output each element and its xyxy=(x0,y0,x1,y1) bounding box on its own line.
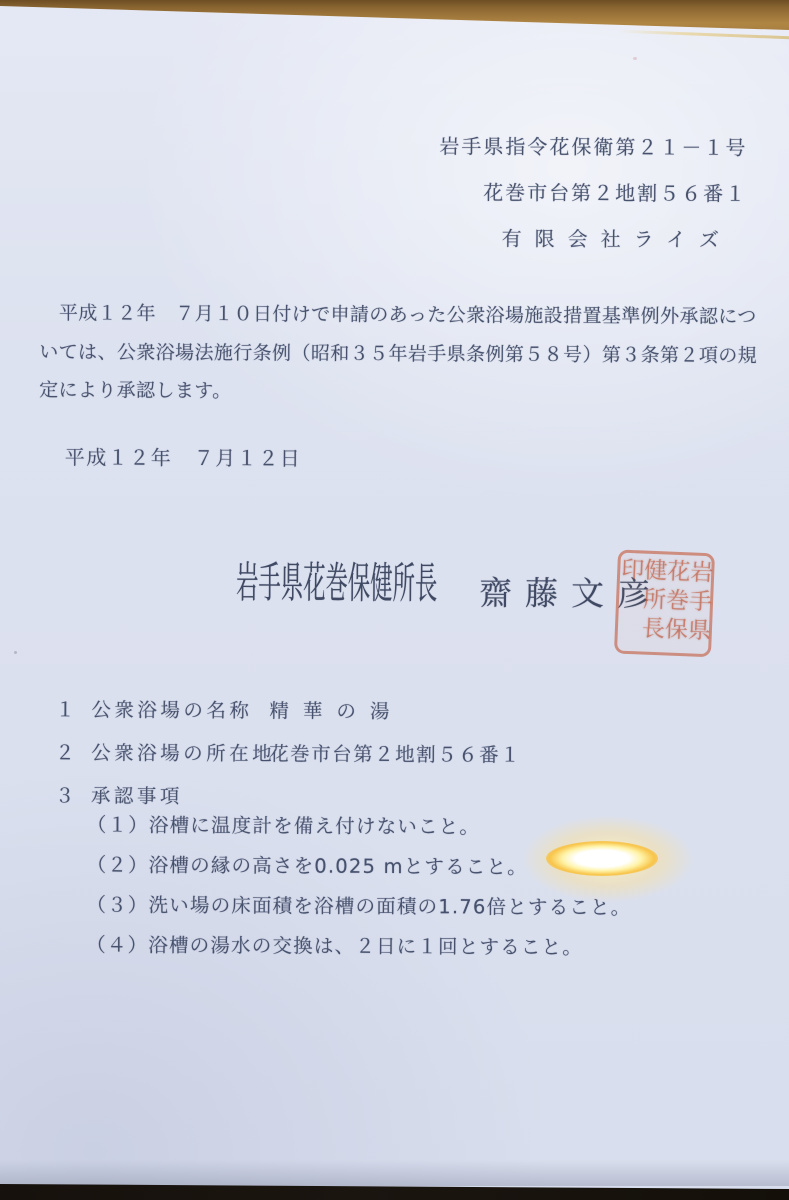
document-paper: 岩手県指令花保衛第２１－１号 花巻市台第２地割５６番１ 有限会社ライズ 平成１２… xyxy=(0,0,789,1200)
bottom-shadow xyxy=(0,1160,789,1186)
dust-speck xyxy=(633,57,637,60)
official-red-seal: 岩手県花巻保健所長印 xyxy=(614,550,715,658)
item-number: ３ xyxy=(55,780,91,808)
directive-number-line: 岩手県指令花保衛第２１－１号 xyxy=(439,134,747,182)
seal-inscription: 岩手県花巻保健所長印 xyxy=(617,553,712,655)
item-number: １ xyxy=(55,694,91,722)
issue-date: 平成１２年 ７月１２日 xyxy=(65,441,302,471)
item-row-name: １公衆浴場の名称 精華の湯 xyxy=(55,694,252,723)
approval-subitem-4: （４）浴槽の湯水の交換は、２日に１回とすること。 xyxy=(86,929,583,960)
item-row-address: ２公衆浴場の所在地 花巻市台第２地割５６番１ xyxy=(55,737,275,766)
item-label: 公衆浴場の所在地 xyxy=(91,741,275,765)
approval-subitem-3: （３）洗い場の床面積を浴槽の面積の1.76倍とすること。 xyxy=(86,889,631,920)
dust-speck xyxy=(14,651,17,654)
item-value: 花巻市台第２地割５６番１ xyxy=(269,738,521,767)
body-line-3: 定により承認します。 xyxy=(39,371,757,413)
reference-block: 岩手県指令花保衛第２１－１号 花巻市台第２地割５６番１ 有限会社ライズ xyxy=(439,134,748,274)
item-label: 公衆浴場の名称 xyxy=(91,698,252,722)
item-number: ２ xyxy=(55,737,91,765)
item-label: 承認事項 xyxy=(91,784,183,807)
body-line-2: いては、公衆浴場法施行条例（昭和３５年岩手県条例第５８号）第３条第２項の規 xyxy=(39,333,757,375)
item-value: 精華の湯 xyxy=(269,695,403,724)
recipient-address-line: 花巻市台第２地割５６番１ xyxy=(439,180,747,228)
approval-subitem-1: （１）浴槽に温度計を備え付けないこと。 xyxy=(87,809,480,839)
framed-document-photo: 岩手県指令花保衛第２１－１号 花巻市台第２地割５６番１ 有限会社ライズ 平成１２… xyxy=(0,0,789,1200)
body-line-1: 平成１２年 ７月１０日付けで申請のあった公衆浴場施設措置基準例外承認につ xyxy=(39,294,757,336)
approval-subitem-2: （２）浴槽の縁の高さを0.025 mとすること。 xyxy=(87,849,528,879)
item-row-approved-matters: ３承認事項 xyxy=(55,780,183,809)
signer-title: 岩手県花巻保健所長 xyxy=(236,559,437,608)
recipient-company-line: 有限会社ライズ xyxy=(439,226,732,274)
approval-body-paragraph: 平成１２年 ７月１０日付けで申請のあった公衆浴場施設措置基準例外承認につ いては… xyxy=(39,294,757,413)
